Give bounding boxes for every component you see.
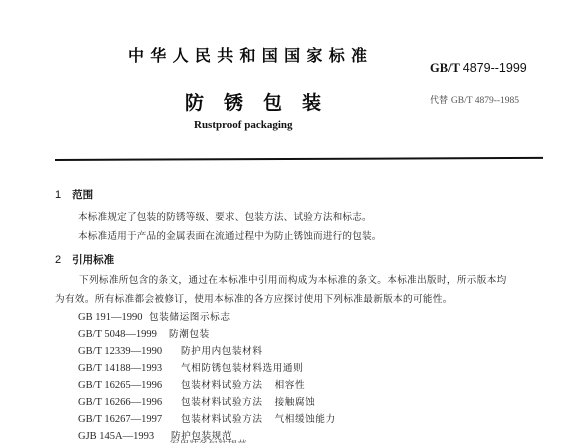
reference-item: GB/T 16265—1996包装材料试验方法相容性 — [78, 377, 305, 391]
reference-code: GB/T 12339—1990 — [78, 346, 181, 357]
reference-name: 防潮包装 — [169, 329, 210, 340]
reference-item: GB/T 12339—1990防护用内包装材料 — [78, 343, 263, 357]
reference-code: GB/T 14188—1993 — [78, 363, 181, 374]
reference-name: 气相防锈包装材料选用通则 — [181, 363, 303, 374]
section-1-paragraph-1: 本标准规定了包装的防锈等级、要求、包装方法、试验方法和标志。 — [78, 209, 372, 223]
reference-code: GB/T 16265—1996 — [78, 380, 181, 391]
standard-number-prefix: GB/T — [430, 61, 460, 75]
reference-item: GB/T 14188—1993气相防锈包装材料选用通则 — [78, 360, 303, 374]
reference-item: GB/T 16266—1996包装材料试验方法接触腐蚀 — [78, 394, 315, 408]
reference-subtitle: 相容性 — [275, 380, 306, 391]
reference-code: GB 191—1990 — [78, 312, 149, 323]
replaces-code: GB/T 4879--1985 — [451, 96, 519, 106]
reference-item: GB/T 5048—1999防潮包装 — [78, 326, 210, 340]
reference-subtitle: 接触腐蚀 — [275, 397, 316, 408]
national-standard-heading: 中华人民共和国国家标准 — [128, 43, 373, 66]
section-number: 1 — [55, 189, 61, 201]
replaces-note: 代替 GB/T 4879--1985 — [430, 93, 519, 106]
section-title: 范围 — [72, 189, 93, 201]
reference-item: GB/T 16267—1997包装材料试验方法气相缓蚀能力 — [78, 411, 336, 425]
document-title-cn: 防锈包装 — [185, 88, 341, 115]
reference-name: 包装材料试验方法 — [181, 414, 263, 425]
replaces-label: 代替 — [430, 96, 448, 106]
standard-number: GB/T 4879--1999 — [430, 61, 527, 76]
section-2-heading: 2引用标准 — [55, 252, 114, 267]
section-title: 引用标准 — [72, 254, 114, 266]
reference-code: GJB 145A—1993 — [78, 431, 171, 442]
document-title-en: Rustproof packaging — [194, 119, 293, 131]
section-2-paragraph-line-1: 下列标准所包含的条文，通过在本标准中引用而构成为本标准的条文。本标准出版时，所示… — [79, 272, 507, 286]
section-1-heading: 1范围 — [55, 187, 93, 202]
reference-name: 包装材料试验方法 — [181, 380, 263, 391]
section-number: 2 — [55, 254, 61, 266]
header-divider — [55, 157, 543, 161]
reference-code: GB/T 16267—1997 — [78, 414, 181, 425]
section-2-paragraph-line-2: 为有效。所有标准都会被修订，使用本标准的各方应探讨使用下列标准最新版本的可能性。 — [55, 291, 453, 305]
standard-number-value: 4879--1999 — [463, 61, 527, 75]
reference-name: 包装材料试验方法 — [181, 397, 263, 408]
reference-code: GB/T 5048—1999 — [78, 329, 169, 340]
truncated-reference-line: 军用装备包装规范 — [170, 437, 247, 443]
section-1-paragraph-2: 本标准适用于产品的金属表面在流通过程中为防止锈蚀而进行的包装。 — [78, 228, 382, 242]
reference-name: 防护用内包装材料 — [181, 346, 263, 357]
reference-name: 包装储运图示标志 — [149, 312, 231, 323]
reference-subtitle: 气相缓蚀能力 — [275, 414, 336, 425]
reference-item: GB 191—1990包装储运图示标志 — [78, 309, 231, 323]
reference-code: GB/T 16266—1996 — [78, 397, 181, 408]
